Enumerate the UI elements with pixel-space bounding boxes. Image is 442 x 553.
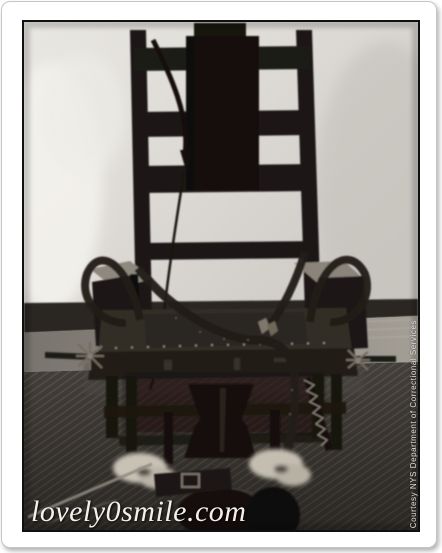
photo-card: lovely0smile.com Courtesy NYS Department… [1, 1, 437, 548]
seat [83, 308, 358, 380]
watermark-text: lovely0smile.com [31, 495, 246, 528]
photo-scene [24, 22, 418, 530]
headrest-panel [186, 23, 259, 190]
credit-text: Courtesy NYS Department of Correctional … [409, 320, 418, 528]
photograph: lovely0smile.com Courtesy NYS Department… [22, 20, 420, 532]
